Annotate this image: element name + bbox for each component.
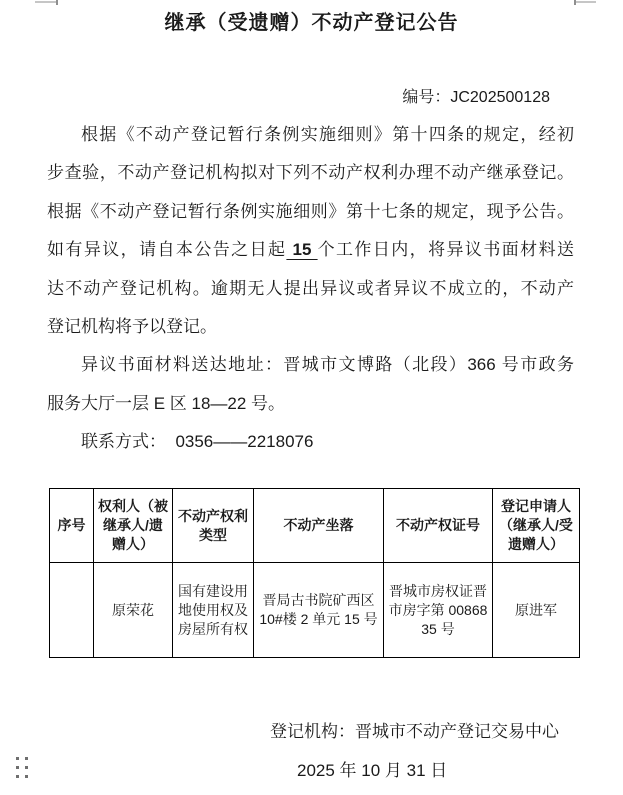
body-line: 根据《不动产登记暂行条例实施细则》第十四条的规定，经初 [47, 116, 574, 154]
header-location: 不动产坐落 [254, 489, 384, 563]
table-row: 原荣花 国有建设用地使用权及房屋所有权 晋局古书院矿西区 10#楼 2 单元 1… [50, 563, 580, 658]
body-line: 登记机构将予以登记。 [47, 308, 574, 346]
handle-dot [25, 757, 28, 760]
ruler-tick-left [56, 0, 58, 5]
handle-dot [25, 775, 28, 778]
header-seq: 序号 [50, 489, 94, 563]
objection-text-post: 个工作日内，将异议书面材料送 [318, 240, 574, 259]
notice-document: 继承（受遗赠）不动产登记公告 编号：JC202500128 根据《不动产登记暂行… [0, 0, 623, 795]
objection-days-value: 15 [286, 240, 317, 259]
cell-applicant: 原进军 [493, 563, 580, 658]
handle-dot [25, 766, 28, 769]
handle-dot [16, 766, 19, 769]
page-title: 继承（受遗赠）不动产登记公告 [0, 6, 623, 35]
body-line: 达不动产登记机构。逾期无人提出异议或者异议不成立的，不动产 [47, 270, 574, 308]
header-right-type: 不动产权利类型 [173, 489, 254, 563]
body-line: 步查验，不动产登记机构拟对下列不动产权利办理不动产继承登记。 [47, 154, 574, 192]
header-cert-no: 不动产权证号 [384, 489, 493, 563]
delivery-address-line: 异议书面材料送达地址：晋城市文博路（北段）366 号市政务 [47, 346, 574, 384]
cell-seq [50, 563, 94, 658]
objection-text-pre: 如有异议，请自本公告之日起 [47, 240, 286, 259]
body-line: 如有异议，请自本公告之日起 15 个工作日内，将异议书面材料送 [47, 231, 574, 269]
cell-right-type: 国有建设用地使用权及房屋所有权 [173, 563, 254, 658]
cell-cert-no: 晋城市房权证晋市房字第 0086835 号 [384, 563, 493, 658]
handle-dot [16, 775, 19, 778]
ruler-mark-right [574, 1, 596, 3]
cell-location: 晋局古书院矿西区 10#楼 2 单元 15 号 [254, 563, 384, 658]
header-owner: 权利人（被继承人/遗赠人） [94, 489, 173, 563]
ruler-mark-left [35, 1, 57, 3]
delivery-address-line: 服务大厅一层 E 区 18—22 号。 [47, 385, 574, 423]
serial-number: 编号：JC202500128 [0, 84, 550, 107]
header-applicant: 登记申请人（继承人/受遗赠人） [493, 489, 580, 563]
body-line: 根据《不动产登记暂行条例实施细则》第十七条的规定，现予公告。 [47, 193, 574, 231]
notice-date: 2025 年 10 月 31 日 [297, 756, 447, 781]
handle-dot [16, 757, 19, 760]
registration-agency: 登记机构：晋城市不动产登记交易中心 [270, 717, 559, 742]
notice-body: 根据《不动产登记暂行条例实施细则》第十四条的规定，经初 步查验，不动产登记机构拟… [47, 116, 574, 462]
table-header-row: 序号 权利人（被继承人/遗赠人） 不动产权利类型 不动产坐落 不动产权证号 登记… [50, 489, 580, 563]
contact-phone-line: 联系方式： 0356——2218076 [47, 423, 574, 461]
registration-table: 序号 权利人（被继承人/遗赠人） 不动产权利类型 不动产坐落 不动产权证号 登记… [49, 488, 580, 658]
ruler-tick-right [574, 0, 576, 5]
cell-owner: 原荣花 [94, 563, 173, 658]
drag-handle-icon[interactable] [16, 757, 28, 778]
